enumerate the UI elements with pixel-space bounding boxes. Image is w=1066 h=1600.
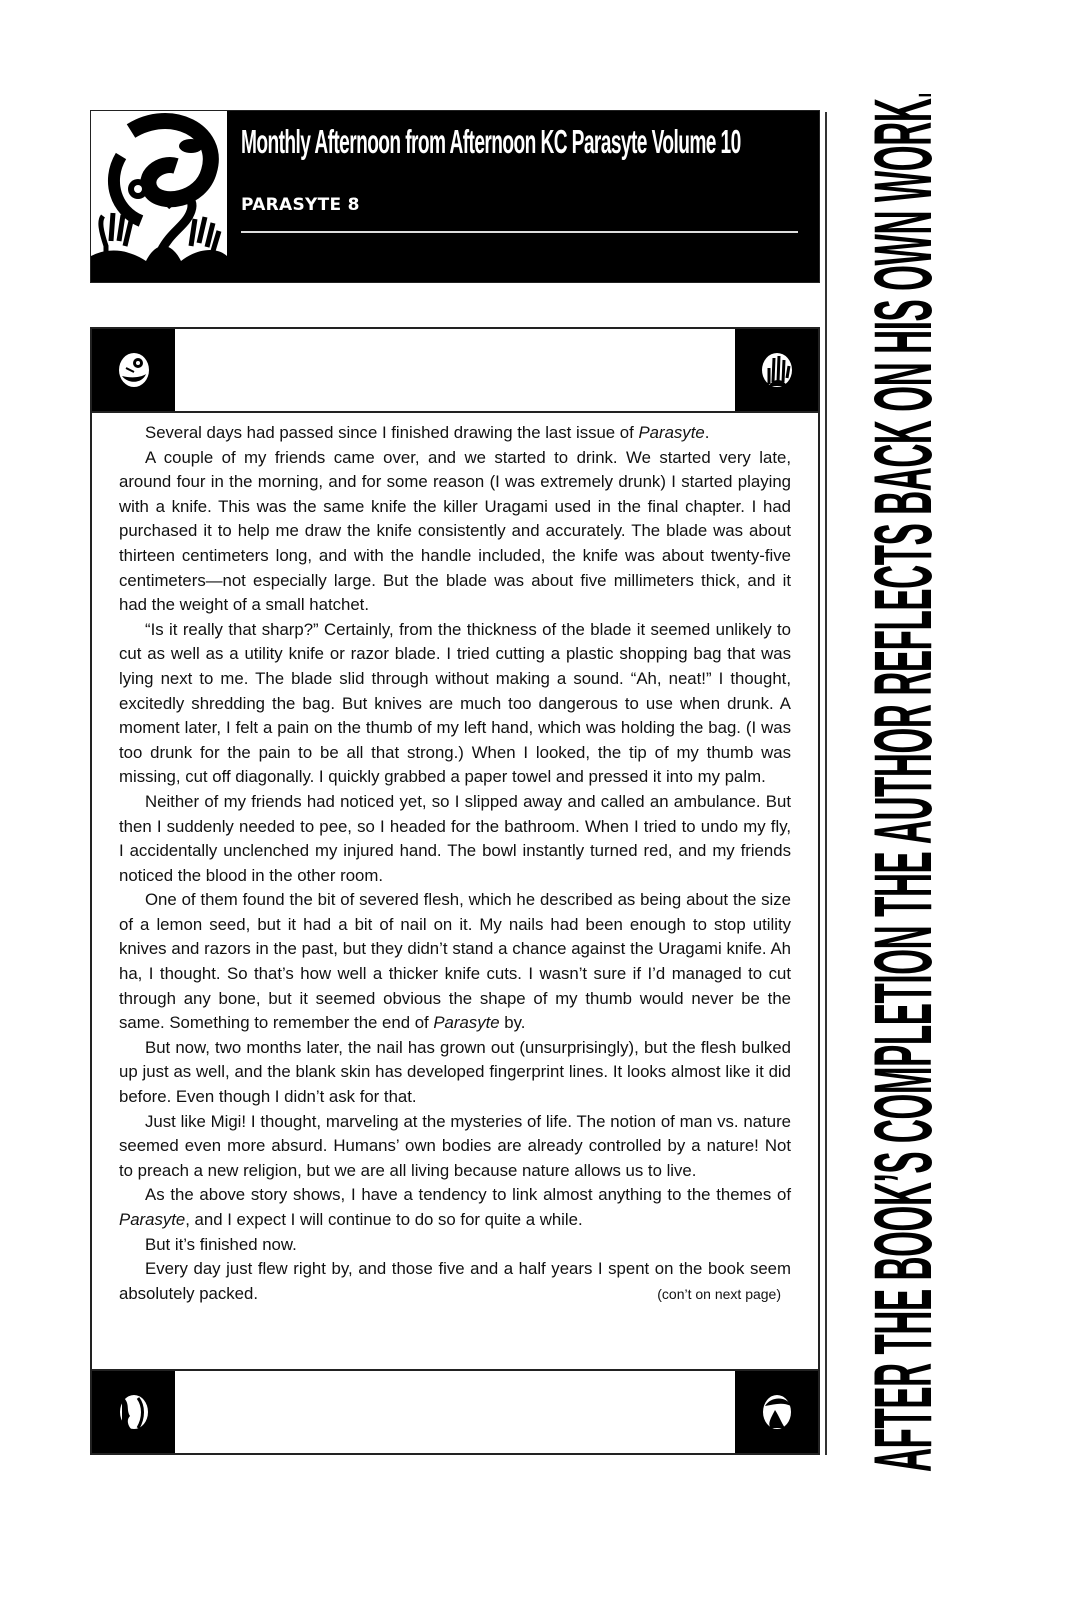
- side-title-text: AFTER THE BOOK’S COMPLETION THE AUTHOR R…: [868, 914, 940, 1472]
- article-paragraph: But now, two months later, the nail has …: [119, 1036, 791, 1110]
- frame-bottom-right-corner: [735, 1371, 818, 1453]
- article-paragraph: Neither of my friends had noticed yet, s…: [119, 790, 791, 888]
- header-banner: Monthly Afternoon from Afternoon KC Para…: [90, 110, 820, 283]
- article-paragraph: Several days had passed since I finished…: [119, 421, 791, 446]
- frame-bottom-bar: [92, 1369, 818, 1453]
- header-title: Monthly Afternoon from Afternoon KC Para…: [241, 123, 741, 161]
- creature-eye-medallion-icon: [114, 350, 154, 390]
- header-divider: [241, 231, 798, 233]
- frame-top-bar: [92, 329, 818, 413]
- frame-bottom-left-corner: [92, 1371, 175, 1453]
- continued-note: (con’t on next page): [631, 1282, 781, 1307]
- frame-top-right-corner: [735, 329, 818, 411]
- article-paragraph: One of them found the bit of severed fle…: [119, 888, 791, 1036]
- hand-medallion-icon: [757, 350, 797, 390]
- article-frame: Several days had passed since I finished…: [90, 327, 820, 1455]
- article-paragraph: Every day just flew right by, and those …: [119, 1257, 791, 1306]
- creature-head-medallion-icon: [757, 1392, 797, 1432]
- article-paragraph: “Is it really that sharp?” Certainly, fr…: [119, 618, 791, 790]
- article-paragraph: But it’s finished now.: [119, 1233, 791, 1258]
- article-paragraph: A couple of my friends came over, and we…: [119, 446, 791, 618]
- side-title: AFTER THE BOOK’S COMPLETION THE AUTHOR R…: [868, 94, 940, 1472]
- parasyte-creature-illustration-icon: [91, 111, 229, 282]
- article-body: Several days had passed since I finished…: [119, 421, 791, 1306]
- header-subtitle: PARASYTE 8: [241, 195, 360, 215]
- article-paragraph: As the above story shows, I have a tende…: [119, 1183, 791, 1232]
- frame-top-left-corner: [92, 329, 175, 411]
- article-paragraph: Just like Migi! I thought, marveling at …: [119, 1110, 791, 1184]
- profile-medallion-icon: [114, 1392, 154, 1432]
- vertical-divider: [825, 112, 827, 1455]
